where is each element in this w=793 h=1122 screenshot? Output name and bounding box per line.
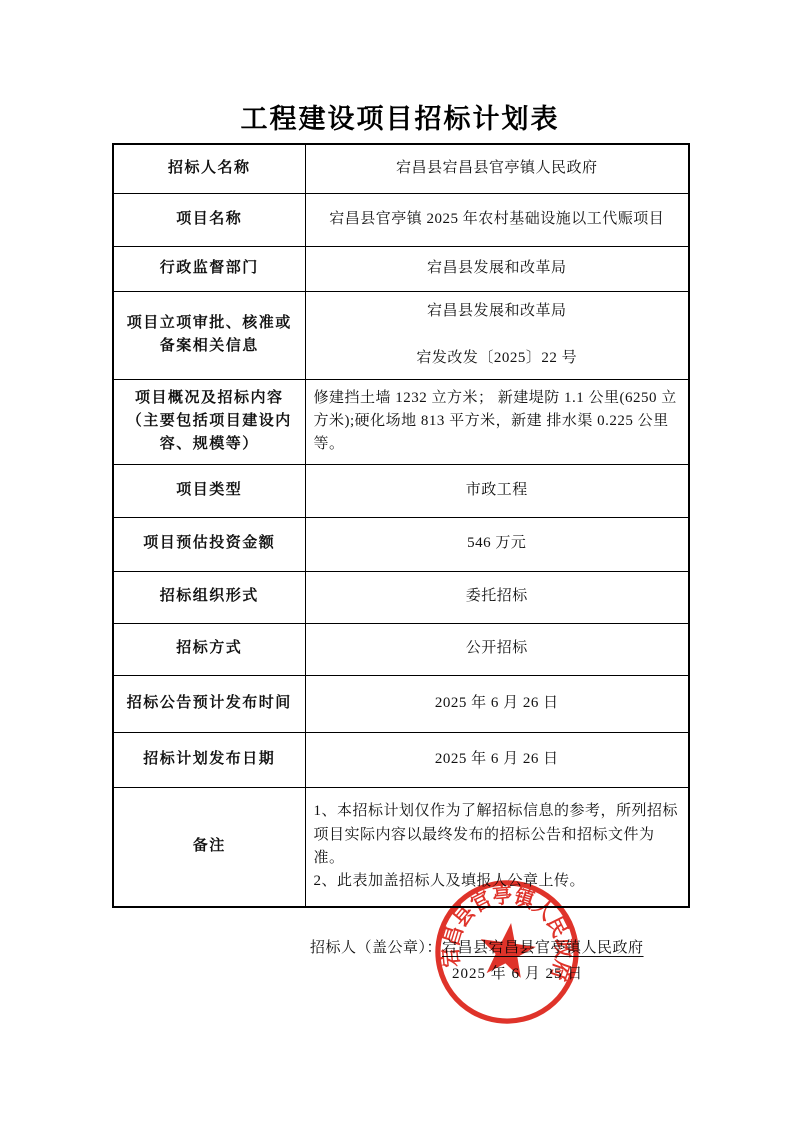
row-value: 修建挡土墙 1232 立方米； 新建堤防 1.1 公里(6250 立方米);硬化… bbox=[305, 379, 689, 464]
table-row: 项目预估投资金额546 万元 bbox=[113, 517, 689, 571]
row-label: 招标公告预计发布时间 bbox=[113, 675, 305, 732]
row-label: 备注 bbox=[113, 787, 305, 907]
row-value-line: 宕发改发〔2025〕22 号 bbox=[314, 347, 681, 370]
table-row: 招标方式公开招标 bbox=[113, 623, 689, 675]
row-value: 委托招标 bbox=[305, 571, 689, 623]
row-value-line: 公开招标 bbox=[314, 637, 681, 660]
row-value: 2025 年 6 月 26 日 bbox=[305, 675, 689, 732]
row-value-line: 市政工程 bbox=[314, 479, 681, 502]
row-value: 546 万元 bbox=[305, 517, 689, 571]
row-value: 1、本招标计划仅作为了解招标信息的参考，所列招标项目实际内容以最终发布的招标公告… bbox=[305, 787, 689, 907]
table-row: 项目概况及招标内容（主要包括项目建设内容、规模等）修建挡土墙 1232 立方米；… bbox=[113, 379, 689, 464]
row-value-line: 修建挡土墙 1232 立方米； 新建堤防 1.1 公里(6250 立方米);硬化… bbox=[314, 387, 681, 457]
signature-org-name: 宕昌县宕昌县官亭镇人民政府 bbox=[442, 940, 644, 956]
row-label: 招标组织形式 bbox=[113, 571, 305, 623]
signature-date: 2025 年 6 月 25 日 bbox=[452, 962, 690, 983]
page-title: 工程建设项目招标计划表 bbox=[112, 97, 688, 136]
table-body: 招标人名称宕昌县宕昌县官亭镇人民政府项目名称宕昌县官亭镇 2025 年农村基础设… bbox=[113, 144, 689, 907]
row-value-line: 1、本招标计划仅作为了解招标信息的参考，所列招标项目实际内容以最终发布的招标公告… bbox=[314, 800, 681, 870]
row-value: 宕昌县宕昌县官亭镇人民政府 bbox=[305, 144, 689, 193]
row-label: 招标计划发布日期 bbox=[113, 732, 305, 787]
table-row: 项目名称宕昌县官亭镇 2025 年农村基础设施以工代赈项目 bbox=[113, 193, 689, 246]
table-row: 行政监督部门宕昌县发展和改革局 bbox=[113, 246, 689, 291]
row-label: 招标方式 bbox=[113, 623, 305, 675]
row-value-line: 宕昌县发展和改革局 bbox=[314, 300, 681, 323]
signature-block: 招标人（盖公章）：宕昌县宕昌县官亭镇人民政府 2025 年 6 月 25 日 bbox=[310, 936, 690, 983]
signature-line: 招标人（盖公章）：宕昌县宕昌县官亭镇人民政府 bbox=[310, 936, 690, 957]
table-row: 备注1、本招标计划仅作为了解招标信息的参考，所列招标项目实际内容以最终发布的招标… bbox=[113, 787, 689, 907]
table-row: 招标公告预计发布时间2025 年 6 月 26 日 bbox=[113, 675, 689, 732]
row-value-line: 2025 年 6 月 26 日 bbox=[314, 692, 681, 715]
row-value: 公开招标 bbox=[305, 623, 689, 675]
row-value: 宕昌县发展和改革局 bbox=[305, 246, 689, 291]
row-label: 项目立项审批、核准或备案相关信息 bbox=[113, 291, 305, 379]
row-value: 宕昌县发展和改革局宕发改发〔2025〕22 号 bbox=[305, 291, 689, 379]
table-row: 项目类型市政工程 bbox=[113, 464, 689, 517]
row-value-line bbox=[314, 323, 681, 346]
table-row: 项目立项审批、核准或备案相关信息宕昌县发展和改革局宕发改发〔2025〕22 号 bbox=[113, 291, 689, 379]
row-value-line: 2025 年 6 月 26 日 bbox=[314, 748, 681, 771]
row-value: 2025 年 6 月 26 日 bbox=[305, 732, 689, 787]
row-value-line: 宕昌县官亭镇 2025 年农村基础设施以工代赈项目 bbox=[314, 208, 681, 231]
table-row: 招标计划发布日期2025 年 6 月 26 日 bbox=[113, 732, 689, 787]
bidding-plan-table: 招标人名称宕昌县宕昌县官亭镇人民政府项目名称宕昌县官亭镇 2025 年农村基础设… bbox=[112, 143, 690, 908]
row-label: 项目名称 bbox=[113, 193, 305, 246]
table-row: 招标组织形式委托招标 bbox=[113, 571, 689, 623]
row-value-line: 2、此表加盖招标人及填报人公章上传。 bbox=[314, 870, 681, 893]
row-label: 项目类型 bbox=[113, 464, 305, 517]
row-value: 宕昌县官亭镇 2025 年农村基础设施以工代赈项目 bbox=[305, 193, 689, 246]
row-label: 项目概况及招标内容（主要包括项目建设内容、规模等） bbox=[113, 379, 305, 464]
row-value-line: 546 万元 bbox=[314, 532, 681, 555]
row-value-line: 宕昌县发展和改革局 bbox=[314, 257, 681, 280]
row-label: 招标人名称 bbox=[113, 144, 305, 193]
row-value-line: 委托招标 bbox=[314, 585, 681, 608]
row-value-line: 宕昌县宕昌县官亭镇人民政府 bbox=[314, 157, 681, 180]
signature-label: 招标人（盖公章）： bbox=[310, 940, 442, 956]
row-label: 行政监督部门 bbox=[113, 246, 305, 291]
document-page: 工程建设项目招标计划表 招标人名称宕昌县宕昌县官亭镇人民政府项目名称宕昌县官亭镇… bbox=[0, 0, 793, 1122]
row-value: 市政工程 bbox=[305, 464, 689, 517]
table-row: 招标人名称宕昌县宕昌县官亭镇人民政府 bbox=[113, 144, 689, 193]
row-label: 项目预估投资金额 bbox=[113, 517, 305, 571]
